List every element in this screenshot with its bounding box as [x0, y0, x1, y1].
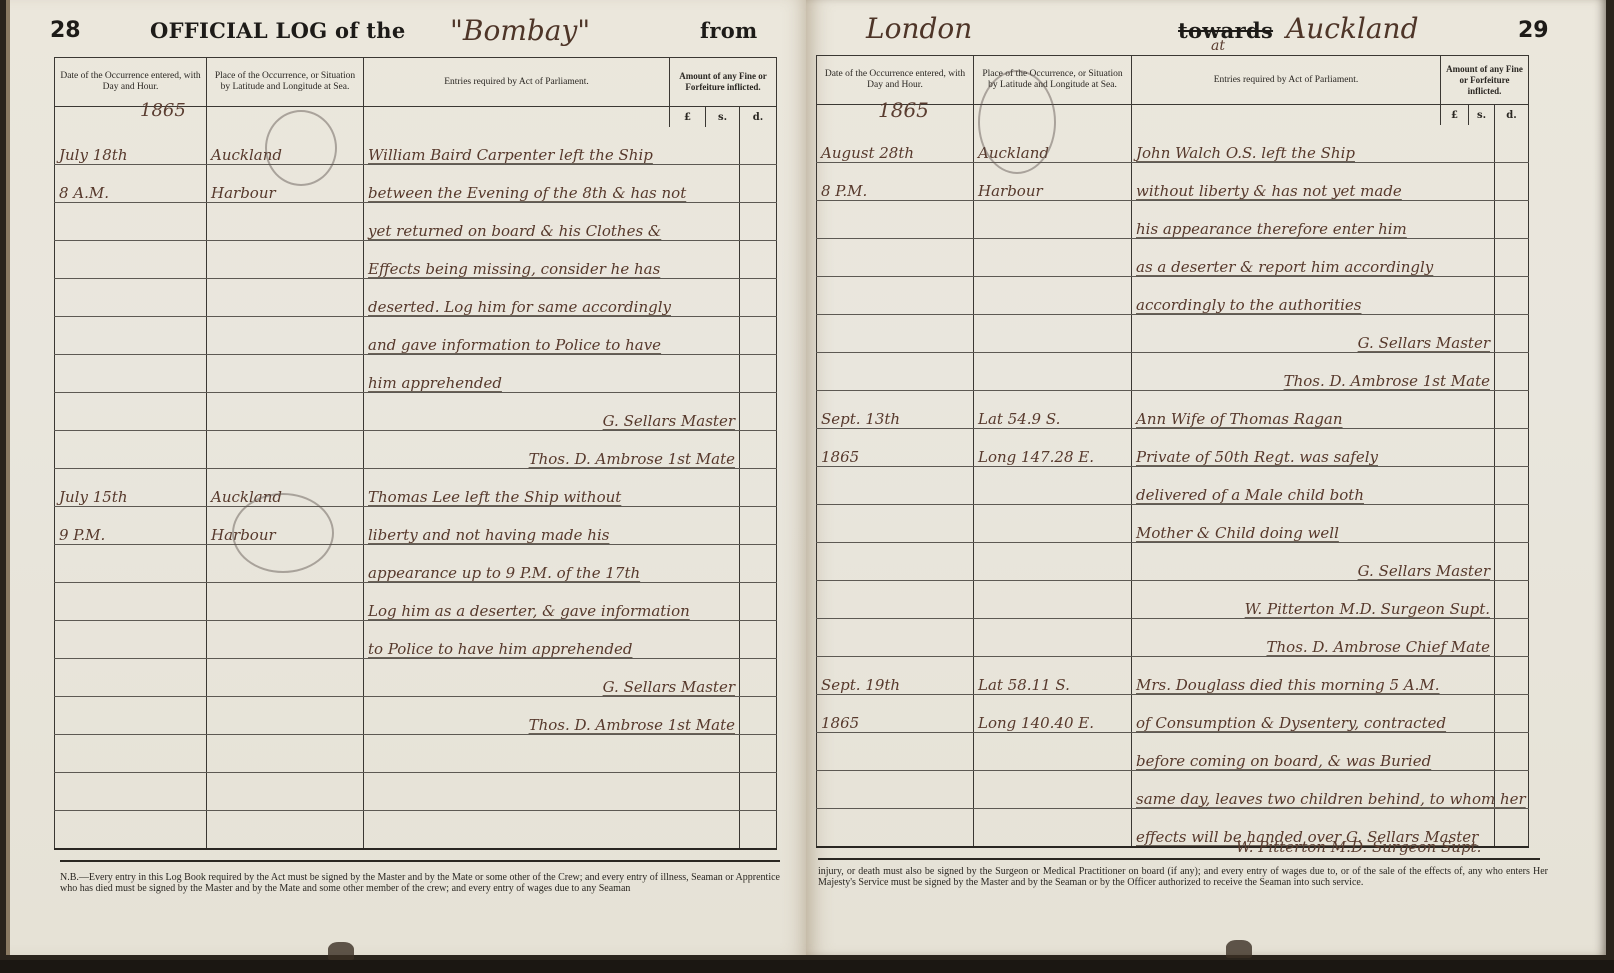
entry-cell: Ann Wife of Thomas Ragan — [1132, 391, 1495, 429]
fine-cell — [740, 203, 777, 241]
date-cell — [55, 811, 207, 850]
log-row: Log him as a deserter, & gave informatio… — [55, 583, 777, 621]
place-cell — [207, 241, 364, 279]
right-page: London towards at Auckland 29 Date of th… — [806, 0, 1606, 955]
log-row: July 18thAucklandWilliam Baird Carpenter… — [55, 127, 777, 165]
header-entries: Entries required by Act of Parliament. — [364, 58, 670, 107]
date-cell — [55, 545, 207, 583]
entry-cell: appearance up to 9 P.M. of the 17th — [364, 545, 740, 583]
log-row: 1865Long 147.28 E.Private of 50th Regt. … — [817, 429, 1529, 467]
destination-port: Auckland — [1286, 12, 1419, 45]
entry-cell — [364, 735, 740, 773]
fine-cell — [740, 545, 777, 583]
fine-cell — [1495, 429, 1529, 467]
fine-cell — [740, 165, 777, 203]
fine-cell — [1495, 657, 1529, 695]
date-cell — [55, 317, 207, 355]
logbook-spread: 28 OFFICIAL LOG of the "Bombay" from Dat… — [0, 0, 1614, 960]
date-cell — [55, 393, 207, 431]
entry-cell: G. Sellars Master — [1132, 543, 1495, 581]
left-page: 28 OFFICIAL LOG of the "Bombay" from Dat… — [6, 0, 810, 955]
date-cell — [817, 733, 974, 771]
place-cell — [974, 809, 1132, 848]
place-cell — [974, 619, 1132, 657]
header-entries: Entries required by Act of Parliament. — [1132, 56, 1441, 105]
at-label: at — [1211, 38, 1225, 54]
fine-cell — [740, 241, 777, 279]
entry-cell: Effects being missing, consider he has — [364, 241, 740, 279]
page-number: 28 — [50, 18, 81, 43]
log-row: G. Sellars Master — [817, 543, 1529, 581]
date-cell — [55, 697, 207, 735]
date-cell — [817, 543, 974, 581]
log-row: same day, leaves two children behind, to… — [817, 771, 1529, 809]
entry-cell: before coming on board, & was Buried — [1132, 733, 1495, 771]
date-cell — [55, 355, 207, 393]
fine-cell — [740, 507, 777, 545]
date-cell — [817, 201, 974, 239]
log-row: before coming on board, & was Buried — [817, 733, 1529, 771]
date-cell — [55, 621, 207, 659]
entry-cell: delivered of a Male child both — [1132, 467, 1495, 505]
place-cell — [207, 279, 364, 317]
place-cell — [207, 773, 364, 811]
fine-cell — [1495, 353, 1529, 391]
log-row: delivered of a Male child both — [817, 467, 1529, 505]
date-cell: 8 A.M. — [55, 165, 207, 203]
footnote: N.B.—Every entry in this Log Book requir… — [60, 872, 780, 894]
entry-cell — [364, 107, 670, 128]
date-cell: Sept. 13th — [817, 391, 974, 429]
place-cell — [974, 543, 1132, 581]
fine-cell — [740, 583, 777, 621]
entry-cell: Thos. D. Ambrose 1st Mate — [1132, 353, 1495, 391]
place-cell — [974, 581, 1132, 619]
entry-cell: John Walch O.S. left the Ship — [1132, 125, 1495, 163]
date-cell — [55, 241, 207, 279]
fine-cell — [1495, 163, 1529, 201]
entry-cell — [1132, 105, 1441, 126]
place-cell — [207, 735, 364, 773]
log-row — [55, 735, 777, 773]
towards-label: towards — [1178, 18, 1273, 43]
entry-cell: W. Pitterton M.D. Surgeon Supt. — [1132, 581, 1495, 619]
fine-cell — [740, 431, 777, 469]
place-cell: Lat 58.11 S. — [974, 657, 1132, 695]
fine-cell — [1495, 277, 1529, 315]
fine-cell — [1495, 733, 1529, 771]
fine-cell — [1495, 201, 1529, 239]
entry-cell: without liberty & has not yet made — [1132, 163, 1495, 201]
entry-cell — [364, 773, 740, 811]
entry-cell — [364, 811, 740, 850]
entry-cell: and gave information to Police to have — [364, 317, 740, 355]
fine-cell — [1495, 315, 1529, 353]
log-row: July 15thAucklandThomas Lee left the Shi… — [55, 469, 777, 507]
log-row — [55, 811, 777, 850]
log-row: Thos. D. Ambrose Chief Mate — [817, 619, 1529, 657]
log-row: G. Sellars Master — [817, 315, 1529, 353]
entry-cell: liberty and not having made his — [364, 507, 740, 545]
entry-cell: Private of 50th Regt. was safely — [1132, 429, 1495, 467]
log-row: yet returned on board & his Clothes & — [55, 203, 777, 241]
date-cell — [55, 659, 207, 697]
entry-cell: accordingly to the authorities — [1132, 277, 1495, 315]
customs-stamp — [232, 493, 334, 573]
fine-cell — [740, 811, 777, 850]
date-cell: August 28th — [817, 125, 974, 163]
entry-cell: Thos. D. Ambrose Chief Mate — [1132, 619, 1495, 657]
pence-header: d. — [740, 107, 777, 128]
date-cell — [817, 315, 974, 353]
place-cell — [974, 239, 1132, 277]
entry-cell: William Baird Carpenter left the Ship — [364, 127, 740, 165]
place-cell: Long 140.40 E. — [974, 695, 1132, 733]
date-cell — [55, 735, 207, 773]
log-row: as a deserter & report him accordingly — [817, 239, 1529, 277]
place-cell: Harbour — [974, 163, 1132, 201]
place-cell — [974, 467, 1132, 505]
date-cell — [55, 773, 207, 811]
entry-cell: Mrs. Douglass died this morning 5 A.M. — [1132, 657, 1495, 695]
log-row: him apprehended — [55, 355, 777, 393]
date-cell — [55, 431, 207, 469]
fine-cell — [1495, 543, 1529, 581]
entry-cell: Thomas Lee left the Ship without — [364, 469, 740, 507]
pounds-header: £ — [670, 107, 706, 128]
entry-cell: G. Sellars Master — [364, 393, 740, 431]
page-mark — [1226, 940, 1252, 958]
from-label: from — [700, 18, 758, 43]
log-table-right: Date of the Occurrence entered, with Day… — [816, 55, 1529, 848]
customs-stamp — [978, 70, 1056, 174]
customs-stamp — [265, 110, 337, 186]
log-row: Sept. 13thLat 54.9 S.Ann Wife of Thomas … — [817, 391, 1529, 429]
entry-cell: same day, leaves two children behind, to… — [1132, 771, 1495, 809]
fine-cell — [740, 735, 777, 773]
log-row: 8 P.M.Harbourwithout liberty & has not y… — [817, 163, 1529, 201]
log-row: Sept. 19thLat 58.11 S.Mrs. Douglass died… — [817, 657, 1529, 695]
place-cell — [974, 315, 1132, 353]
place-cell — [974, 201, 1132, 239]
date-cell: 1865 — [817, 695, 974, 733]
date-cell — [817, 277, 974, 315]
place-cell — [207, 621, 364, 659]
place-cell — [207, 317, 364, 355]
place-cell — [207, 697, 364, 735]
log-row: Thos. D. Ambrose 1st Mate — [55, 697, 777, 735]
log-row: 1865Long 140.40 E.of Consumption & Dysen… — [817, 695, 1529, 733]
log-row: to Police to have him apprehended — [55, 621, 777, 659]
entry-cell: to Police to have him apprehended — [364, 621, 740, 659]
fine-cell — [1495, 809, 1529, 848]
date-cell — [55, 583, 207, 621]
log-row: 9 P.M.Harbourliberty and not having made… — [55, 507, 777, 545]
fine-cell — [740, 469, 777, 507]
table-bottom-rule — [818, 858, 1540, 860]
entry-cell: him apprehended — [364, 355, 740, 393]
fine-cell — [740, 279, 777, 317]
entry-cell: Thos. D. Ambrose 1st Mate — [364, 697, 740, 735]
log-row: W. Pitterton M.D. Surgeon Supt. — [817, 581, 1529, 619]
fine-cell — [740, 355, 777, 393]
log-title: OFFICIAL LOG of the — [150, 18, 406, 43]
year-note: 1865 — [140, 100, 186, 121]
log-row: Mother & Child doing well — [817, 505, 1529, 543]
header-fine: Amount of any Fine or Forfeiture inflict… — [1441, 56, 1529, 105]
fine-cell — [1495, 391, 1529, 429]
shillings-header: s. — [706, 107, 740, 128]
place-cell — [207, 355, 364, 393]
entry-cell: between the Evening of the 8th & has not — [364, 165, 740, 203]
place-cell: Lat 54.9 S. — [974, 391, 1132, 429]
footnote: injury, or death must also be signed by … — [818, 866, 1548, 888]
log-row: Thos. D. Ambrose 1st Mate — [55, 431, 777, 469]
entry-cell: as a deserter & report him accordingly — [1132, 239, 1495, 277]
entry-cell: G. Sellars Master — [1132, 315, 1495, 353]
date-cell — [817, 619, 974, 657]
place-cell — [207, 431, 364, 469]
log-row: G. Sellars Master — [55, 659, 777, 697]
fine-cell — [1495, 467, 1529, 505]
header-fine: Amount of any Fine or Forfeiture inflict… — [670, 58, 777, 107]
fine-cell — [1495, 695, 1529, 733]
fine-cell — [740, 317, 777, 355]
fine-cell — [740, 393, 777, 431]
date-cell — [817, 505, 974, 543]
pence-header: d. — [1495, 105, 1529, 126]
place-cell — [974, 353, 1132, 391]
entry-cell: G. Sellars Master — [364, 659, 740, 697]
log-row: Thos. D. Ambrose 1st Mate — [817, 353, 1529, 391]
date-cell — [55, 279, 207, 317]
place-cell — [974, 771, 1132, 809]
date-cell — [817, 771, 974, 809]
fine-cell — [740, 659, 777, 697]
fine-cell — [740, 621, 777, 659]
entry-cell: deserted. Log him for same accordingly — [364, 279, 740, 317]
entry-cell: his appearance therefore enter him — [1132, 201, 1495, 239]
log-row: appearance up to 9 P.M. of the 17th — [55, 545, 777, 583]
log-row: deserted. Log him for same accordingly — [55, 279, 777, 317]
ship-name: "Bombay" — [450, 14, 590, 47]
place-cell: Long 147.28 E. — [974, 429, 1132, 467]
trailing-signature: W. Pitterton M.D. Surgeon Supt. — [1236, 838, 1481, 856]
fine-cell — [1495, 125, 1529, 163]
log-row: G. Sellars Master — [55, 393, 777, 431]
entry-cell: Mother & Child doing well — [1132, 505, 1495, 543]
entry-cell: yet returned on board & his Clothes & — [364, 203, 740, 241]
header-place: Place of the Occurrence, or Situation by… — [207, 58, 364, 107]
fine-cell — [740, 773, 777, 811]
page-number: 29 — [1518, 18, 1549, 43]
log-row: accordingly to the authorities — [817, 277, 1529, 315]
place-cell — [974, 505, 1132, 543]
log-row: August 28thAucklandJohn Walch O.S. left … — [817, 125, 1529, 163]
date-cell — [55, 203, 207, 241]
place-cell — [207, 203, 364, 241]
place-cell — [207, 583, 364, 621]
shillings-header: s. — [1469, 105, 1495, 126]
log-row: Effects being missing, consider he has — [55, 241, 777, 279]
page-mark — [328, 942, 354, 960]
log-row: and gave information to Police to have — [55, 317, 777, 355]
log-row: his appearance therefore enter him — [817, 201, 1529, 239]
entry-cell: Thos. D. Ambrose 1st Mate — [364, 431, 740, 469]
date-cell: 8 P.M. — [817, 163, 974, 201]
date-cell — [817, 581, 974, 619]
date-cell — [817, 809, 974, 848]
date-cell: July 15th — [55, 469, 207, 507]
date-cell: July 18th — [55, 127, 207, 165]
place-cell — [207, 811, 364, 850]
year-note: 1865 — [878, 98, 929, 122]
log-table-left: Date of the Occurrence entered, with Day… — [54, 57, 777, 850]
pounds-header: £ — [1441, 105, 1469, 126]
log-row: 8 A.M.Harbourbetween the Evening of the … — [55, 165, 777, 203]
fine-cell — [740, 127, 777, 165]
log-row — [55, 773, 777, 811]
fine-cell — [1495, 619, 1529, 657]
date-cell — [817, 467, 974, 505]
date-cell: 9 P.M. — [55, 507, 207, 545]
fine-cell — [1495, 581, 1529, 619]
date-cell: 1865 — [817, 429, 974, 467]
place-cell — [207, 393, 364, 431]
date-cell — [817, 353, 974, 391]
table-bottom-rule — [60, 860, 780, 862]
fine-cell — [1495, 505, 1529, 543]
entry-cell: of Consumption & Dysentery, contracted — [1132, 695, 1495, 733]
place-cell — [207, 659, 364, 697]
date-cell: Sept. 19th — [817, 657, 974, 695]
from-port: London — [866, 12, 972, 45]
fine-cell — [1495, 239, 1529, 277]
fine-cell — [740, 697, 777, 735]
place-cell — [974, 733, 1132, 771]
place-cell — [974, 277, 1132, 315]
date-cell — [817, 239, 974, 277]
entry-cell: Log him as a deserter, & gave informatio… — [364, 583, 740, 621]
